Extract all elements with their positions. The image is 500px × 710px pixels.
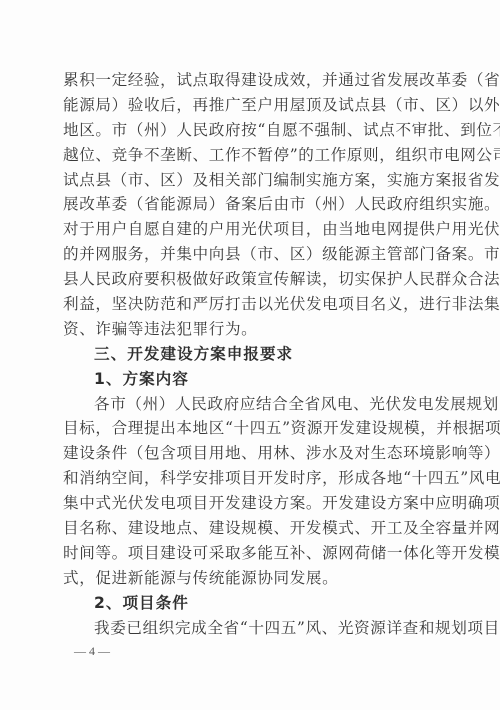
text-line: 展改革委（省能源局）备案后由市（州）人民政府组织实施。 <box>63 192 445 217</box>
text-line: 对于用户自愿自建的户用光伏项目，由当地电网提供户用光伏 <box>63 217 445 242</box>
text-line: 利益，坚决防范和严厉打击以光伏发电项目名义，进行非法集 <box>63 292 445 317</box>
text-line: 各市（州）人民政府应结合全省风电、光伏发电发展规划 <box>63 392 445 417</box>
document-page: 累积一定经验，试点取得建设成效，并通过省发展改革委（省 能源局）验收后，再推广至… <box>0 0 500 710</box>
text-line: 的并网服务，并集中向县（市、区）级能源主管部门备案。市 <box>63 242 445 267</box>
text-line: 试点县（市、区）及相关部门编制实施方案，实施方案报省发 <box>63 168 445 193</box>
section-heading: 三、开发建设方案申报要求 <box>63 342 445 367</box>
page-number: — 4 — <box>74 644 110 659</box>
text-line: 地区。市（州）人民政府按“自愿不强制、试点不审批、到位不 <box>63 118 445 143</box>
text-line: 累积一定经验，试点取得建设成效，并通过省发展改革委（省 <box>63 68 445 93</box>
text-line: 越位、竞争不垄断、工作不暂停”的工作原则，组织市电网公司、 <box>63 143 445 168</box>
text-line: 能源局）验收后，再推广至户用屋顶及试点县（市、区）以外 <box>63 93 445 118</box>
text-line: 时间等。项目建设可采取多能互补、源网荷储一体化等开发模 <box>63 541 445 566</box>
text-line: 目标，合理提出本地区“十四五”资源开发建设规模，并根据项目 <box>63 416 445 441</box>
text-line: 集中式光伏发电项目开发建设方案。开发建设方案中应明确项 <box>63 491 445 516</box>
text-line: 式，促进新能源与传统能源协同发展。 <box>63 566 445 591</box>
text-line: 县人民政府要积极做好政策宣传解读，切实保护人民群众合法 <box>63 267 445 292</box>
text-line: 建设条件（包含项目用地、用林、涉水及对生态环境影响等） <box>63 441 445 466</box>
text-line: 资、诈骗等违法犯罪行为。 <box>63 317 445 342</box>
subsection-heading-1: 1、方案内容 <box>63 367 445 392</box>
text-line: 我委已组织完成全省“十四五”风、光资源详查和规划项目库 <box>63 616 445 641</box>
text-line: 目名称、建设地点、建设规模、开发模式、开工及全容量并网 <box>63 516 445 541</box>
document-body: 累积一定经验，试点取得建设成效，并通过省发展改革委（省 能源局）验收后，再推广至… <box>63 68 445 640</box>
text-line: 和消纳空间，科学安排项目开发时序，形成各地“十四五”风电、 <box>63 466 445 491</box>
subsection-heading-2: 2、项目条件 <box>63 591 445 616</box>
